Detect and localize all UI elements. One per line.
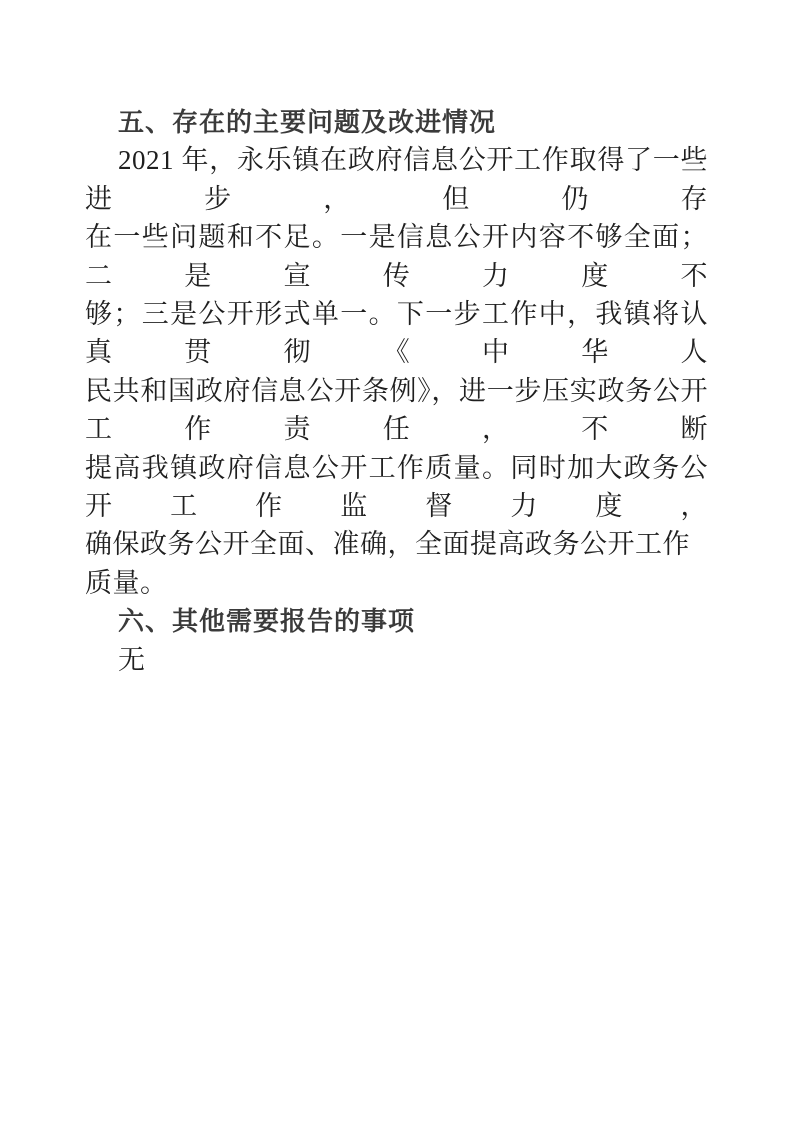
document-page: 五、存在的主要问题及改进情况 2021 年，永乐镇在政府信息公开工作取得了一些进… xyxy=(0,0,793,1122)
section-5-heading: 五、存在的主要问题及改进情况 xyxy=(85,103,708,141)
section-6-heading: 六、其他需要报告的事项 xyxy=(85,602,708,640)
section-6-body: 无 xyxy=(85,641,708,679)
paragraph-line: 民共和国政府信息公开条例》，进一步压实政务公开工作责任，不断 xyxy=(85,372,708,449)
paragraph-line: 提高我镇政府信息公开工作质量。同时加大政务公开工作监督力度， xyxy=(85,449,708,526)
document-content: 五、存在的主要问题及改进情况 2021 年，永乐镇在政府信息公开工作取得了一些进… xyxy=(85,103,708,679)
paragraph-line: 2021 年，永乐镇在政府信息公开工作取得了一些进步，但仍存 xyxy=(85,141,708,218)
paragraph-line: 够；三是公开形式单一。下一步工作中，我镇将认真贯彻《中华人 xyxy=(85,295,708,372)
paragraph-line: 在一些问题和不足。一是信息公开内容不够全面；二是宣传力度不 xyxy=(85,218,708,295)
paragraph-line: 确保政务公开全面、准确，全面提高政务公开工作质量。 xyxy=(85,525,708,602)
section-5-paragraph: 2021 年，永乐镇在政府信息公开工作取得了一些进步，但仍存 在一些问题和不足。… xyxy=(85,141,708,602)
